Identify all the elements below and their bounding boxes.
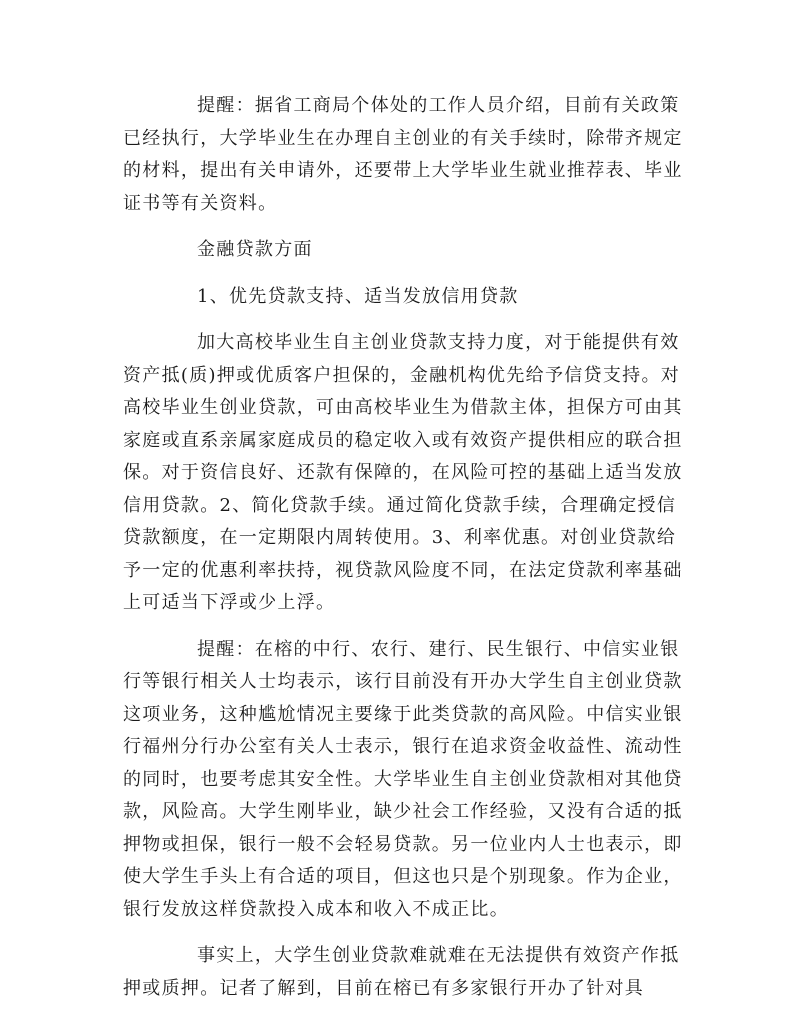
paragraph-in-fact: 事实上，大学生创业贷款难就难在无法提供有效资产作抵押或质押。记者了解到，目前在榕…: [123, 940, 683, 1005]
paragraph-gap: [123, 313, 683, 327]
paragraph-reminder-banks: 提醒：在榕的中行、农行、建行、民生银行、中信实业银行等银行相关人士均表示，该行目…: [123, 634, 683, 927]
paragraph-reminder-policy: 提醒：据省工商局个体处的工作人员介绍，目前有关政策已经执行，大学毕业生在办理自主…: [123, 90, 683, 220]
paragraph-gap: [123, 926, 683, 940]
section-heading-financial-loans: 金融贷款方面: [123, 234, 683, 267]
document-page: 提醒：据省工商局个体处的工作人员介绍，目前有关政策已经执行，大学毕业生在办理自主…: [123, 90, 683, 1005]
subheading-priority-loans: 1、优先贷款支持、适当发放信用贷款: [123, 281, 683, 314]
paragraph-loan-support: 加大高校毕业生自主创业贷款支持力度，对于能提供有效资产抵(质)押或优质客户担保的…: [123, 327, 683, 620]
paragraph-gap: [123, 620, 683, 634]
paragraph-gap: [123, 267, 683, 281]
paragraph-gap: [123, 220, 683, 234]
